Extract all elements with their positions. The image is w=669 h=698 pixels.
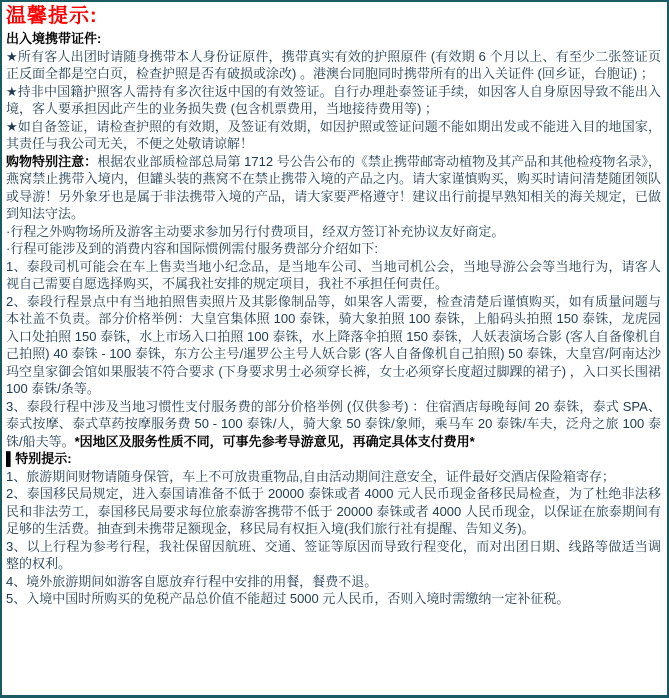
text-segment: ▌特别提示: <box>6 451 72 466</box>
text-segment: 3、以上行程为参考行程，我社保留因航班、交通、签证等原因而导致行程变化，而对出团… <box>6 539 661 572</box>
bullet-id-and-passport: ★所有客人出团时请随身携带本人身份证原件，携带真实有效的护照原件 (有效期 6 … <box>6 48 661 83</box>
bullet-self-provided-visa: ★如自备签证，请检查护照的有效期，及签证有效期，如因护照或签证问题不能如期出发或… <box>6 118 661 153</box>
list-item-1-valuables: 1、旅游期间财物请随身保管，车上不可放贵重物品,自由活动期间注意安全，证件最好交… <box>6 468 661 486</box>
text-segment: 出入境携带证件: <box>6 31 101 46</box>
text-segment: ·行程之外购物场所及游客主动要求参加另行付费项目，经双方签订补充协议友好商定。 <box>6 224 504 239</box>
list-item-4-meals-no-refund: 4、境外旅游期间如游客自愿放弃行程中安排的用餐，餐费不退。 <box>6 573 661 591</box>
text-segment: 4、境外旅游期间如游客自愿放弃行程中安排的用餐，餐费不退。 <box>6 574 377 589</box>
list-item-2-immigration-cash: 2、泰国移民局规定，进入泰国请准备不低于 20000 泰铢或者 4000 元人民… <box>6 485 661 538</box>
paragraph-shopping-special-notice: 购物特别注意：根据农业部质检部总局第 1712 号公告公布的《禁止携带邮寄动植物… <box>6 153 661 223</box>
text-segment: *因地区及服务性质不同，可事先参考导游意见，再确定具体支付费用* <box>75 434 475 449</box>
notice-document: 温馨提示: 出入境携带证件:★所有客人出团时请随身携带本人身份证原件，携带真实有… <box>0 0 669 698</box>
bullet-non-chinese-passport: ★持非中国籍护照客人需持有多次往返中国的有效签证。自行办理赴泰签证手续，如因客人… <box>6 83 661 118</box>
text-segment: 5、入境中国时所购买的免税产品总价值不能超过 5000 元人民币，否则入境时需缴… <box>6 591 569 606</box>
text-segment: ·行程可能涉及到的消费内容和国际惯例需付服务费部分介绍如下: <box>6 241 378 256</box>
text-segment: 2、泰国移民局规定，进入泰国请准备不低于 20000 泰铢或者 4000 元人民… <box>6 486 661 536</box>
section-heading-entry-exit-documents: 出入境携带证件: <box>6 30 661 48</box>
text-segment: ★所有客人出团时请随身携带本人身份证原件，携带真实有效的护照原件 (有效期 6 … <box>6 49 661 82</box>
paragraph-extra-paid-items: ·行程之外购物场所及游客主动要求参加另行付费项目，经双方签订补充协议友好商定。 <box>6 223 661 241</box>
list-item-1-driver-souvenirs: 1、泰段司机可能会在车上售卖当地小纪念品，是当地车公司、当地司机公会，当地导游公… <box>6 258 661 293</box>
paragraph-service-fee-intro: ·行程可能涉及到的消费内容和国际惯例需付服务费部分介绍如下: <box>6 240 661 258</box>
text-segment: ★持非中国籍护照客人需持有多次往返中国的有效签证。自行办理赴泰签证手续，如因客人… <box>6 84 661 117</box>
text-segment: 根据农业部质检部总局第 1712 号公告公布的《禁止携带邮寄动植物及其产品和其他… <box>6 154 661 222</box>
document-title: 温馨提示: <box>6 4 661 28</box>
list-item-3-itinerary-changes: 3、以上行程为参考行程，我社保留因航班、交通、签证等原因而导致行程变化，而对出团… <box>6 538 661 573</box>
text-segment: ★如自备签证，请检查护照的有效期，及签证有效期，如因护照或签证问题不能如期出发或… <box>6 119 661 152</box>
text-segment: 1、泰段司机可能会在车上售卖当地小纪念品，是当地车公司、当地司机公会，当地导游公… <box>6 259 661 292</box>
section-heading-special-tips: ▌特别提示: <box>6 450 661 468</box>
document-body: 出入境携带证件:★所有客人出团时请随身携带本人身份证原件，携带真实有效的护照原件… <box>6 30 661 608</box>
text-segment: 2、泰段行程景点中有当地拍照售卖照片及其影像制品等，如果客人需要，检查清楚后谨慎… <box>6 294 661 397</box>
list-item-2-photo-prices: 2、泰段行程景点中有当地拍照售卖照片及其影像制品等，如果客人需要，检查清楚后谨慎… <box>6 293 661 398</box>
text-segment: 1、旅游期间财物请随身保管，车上不可放贵重物品,自由活动期间注意安全，证件最好交… <box>6 469 615 484</box>
text-segment: 购物特别注意： <box>6 154 97 169</box>
list-item-5-duty-free-limit: 5、入境中国时所购买的免税产品总价值不能超过 5000 元人民币，否则入境时需缴… <box>6 590 661 608</box>
list-item-3-tip-prices: 3、泰段行程中涉及当地习惯性支付服务费的部分价格举例 (仅供参考) ：住宿酒店每… <box>6 398 661 451</box>
